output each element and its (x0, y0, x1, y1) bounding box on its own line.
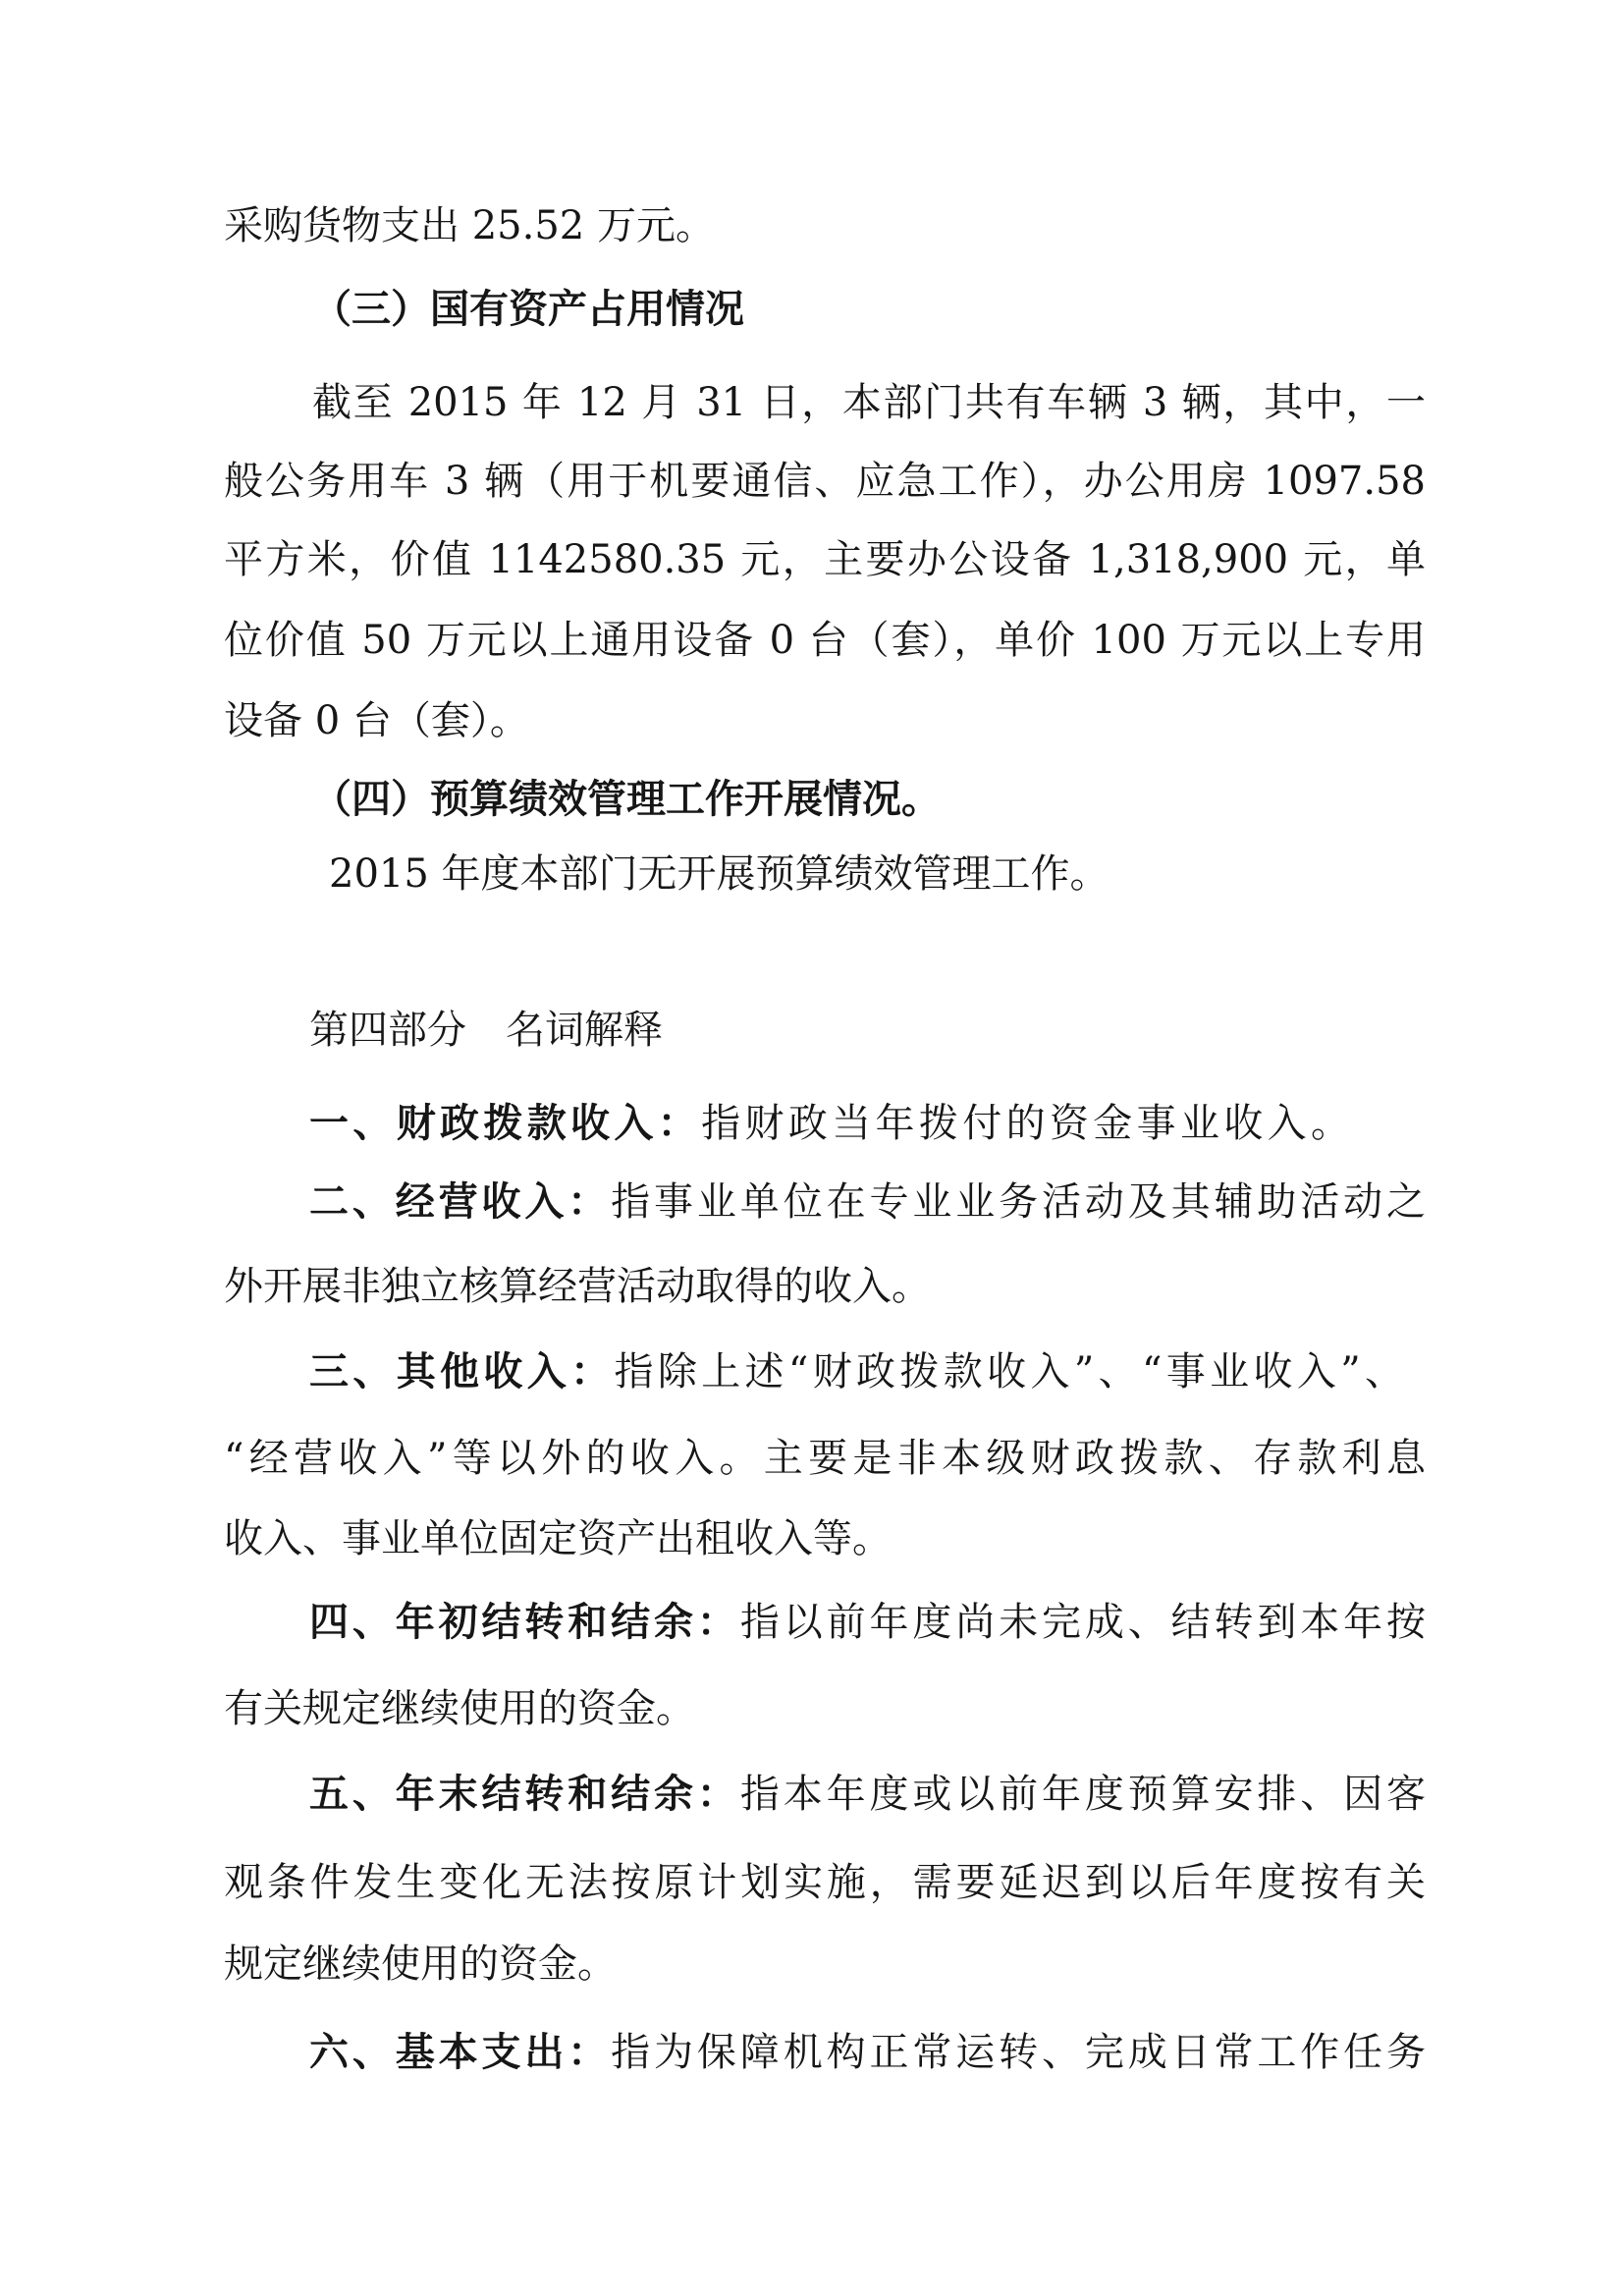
glossary-term: 三、其他收入： (309, 1349, 614, 1394)
glossary-item-other-income: 三、其他收入：指除上述“财政拨款收入”、“事业收入”、 (309, 1348, 1404, 1395)
paragraph-line: 有关规定继续使用的资金。 (224, 1685, 695, 1732)
paragraph-line: 观条件发生变化无法按原计划实施，需要延迟到以后年度按有关 (224, 1859, 1426, 1906)
section-heading-state-assets: （三）国有资产占用情况 (312, 286, 744, 333)
paragraph-line: 截至 2015 年 12 月 31 日，本部门共有车辆 3 辆，其中，一 (312, 379, 1426, 426)
paragraph-line: 外开展非独立核算经营活动取得的收入。 (224, 1263, 931, 1310)
glossary-term: 五、年末结转和结余： (309, 1772, 740, 1817)
section-heading-performance: （四）预算绩效管理工作开展情况。 (312, 776, 941, 823)
glossary-term: 二、经营收入： (309, 1179, 611, 1225)
glossary-item-closing-carryover: 五、年末结转和结余：指本年度或以前年度预算安排、因客 (309, 1771, 1426, 1818)
paragraph-line: 般公务用车 3 辆（用于机要通信、应急工作），办公用房 1097.58 (224, 458, 1426, 505)
paragraph-line: 平方米，价值 1142580.35 元，主要办公设备 1,318,900 元，单 (224, 536, 1426, 583)
glossary-item-operating-income: 二、经营收入：指事业单位在专业业务活动及其辅助活动之 (309, 1178, 1426, 1226)
glossary-term: 四、年初结转和结余： (309, 1600, 740, 1645)
paragraph-line: 2015 年度本部门无开展预算绩效管理工作。 (329, 850, 1109, 898)
paragraph-line: “经营收入”等以外的收入。主要是非本级财政拨款、存款利息 (224, 1435, 1426, 1482)
glossary-definition: 指事业单位在专业业务活动及其辅助活动之 (611, 1179, 1426, 1225)
glossary-definition: 指以前年度尚未完成、结转到本年按 (740, 1600, 1426, 1645)
glossary-term: 六、基本支出： (309, 2030, 611, 2075)
glossary-definition: 指本年度或以前年度预算安排、因客 (740, 1772, 1426, 1817)
glossary-item-basic-expenditure: 六、基本支出：指为保障机构正常运转、完成日常工作任务 (309, 2029, 1426, 2076)
paragraph-line: 位价值 50 万元以上通用设备 0 台（套），单价 100 万元以上专用 (224, 617, 1426, 664)
document-page: 采购货物支出 25.52 万元。 （三）国有资产占用情况 截至 2015 年 1… (0, 0, 1623, 2296)
paragraph-line: 设备 0 台（套）。 (224, 697, 529, 744)
glossary-definition: 指财政当年拨付的资金事业收入。 (701, 1101, 1350, 1146)
paragraph-line: 采购货物支出 25.52 万元。 (224, 202, 715, 249)
paragraph-line: 收入、事业单位固定资产出租收入等。 (224, 1515, 892, 1562)
glossary-definition: 指为保障机构正常运转、完成日常工作任务 (611, 2030, 1426, 2075)
glossary-term: 一、财政拨款收入： (309, 1101, 701, 1146)
glossary-item-opening-carryover: 四、年初结转和结余：指以前年度尚未完成、结转到本年按 (309, 1599, 1426, 1646)
paragraph-line: 规定继续使用的资金。 (224, 1941, 617, 1988)
glossary-definition: 指除上述“财政拨款收入”、“事业收入”、 (614, 1349, 1404, 1394)
glossary-item-fiscal-appropriation: 一、财政拨款收入：指财政当年拨付的资金事业收入。 (309, 1100, 1350, 1147)
part-heading-glossary: 第四部分 名词解释 (309, 1007, 663, 1054)
